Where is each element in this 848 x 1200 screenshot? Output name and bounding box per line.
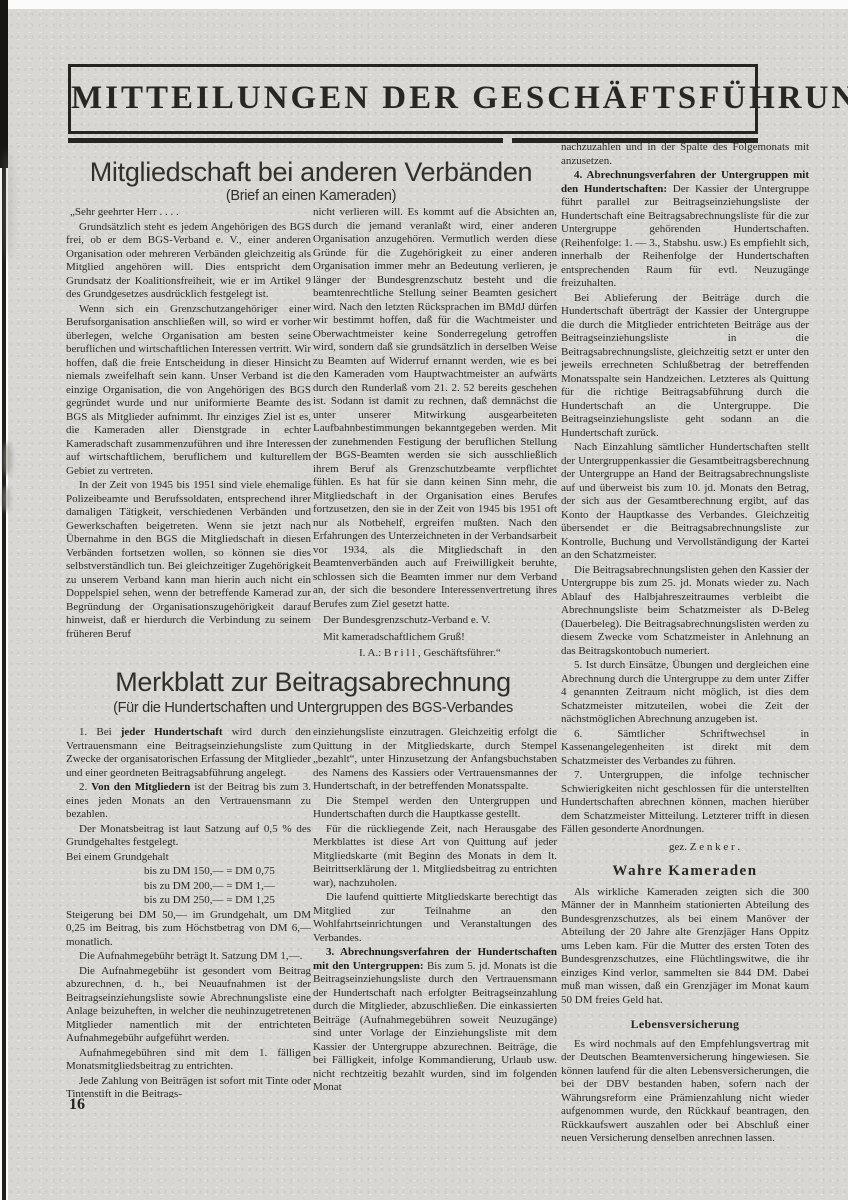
paragraph: In der Zeit von 1945 bis 1951 sind viele… xyxy=(66,479,311,641)
paragraph: bis zu DM 150,— = DM 0,75 xyxy=(66,865,311,879)
newsletter-header-title: MITTEILUNGEN DER GESCHÄFTSFÜHRUNG xyxy=(71,67,755,129)
paragraph: Steigerung bei DM 50,— im Grundgehalt, u… xyxy=(66,909,311,950)
right-column: nachzuzahlen und in der Spalte des Folge… xyxy=(561,141,809,1149)
paragraph: nachzuzahlen und in der Spalte des Folge… xyxy=(561,141,809,168)
article2-column-1: 1. Bei jeder Hundertschaft wird durch de… xyxy=(66,726,311,1098)
paragraph: bis zu DM 200,— = DM 1,— xyxy=(66,880,311,894)
section-heading: Wahre Kameraden xyxy=(561,865,809,879)
paragraph: bis zu DM 250,— = DM 1,25 xyxy=(66,894,311,908)
paragraph: Jede Zahlung von Beiträgen ist sofort mi… xyxy=(66,1075,311,1099)
paragraph: Nach Einzahlung sämtlicher Hundertschaft… xyxy=(561,441,809,563)
paragraph: 3. Abrechnungsverfahren der Hundertschaf… xyxy=(313,946,557,1095)
paragraph: Der Monatsbeitrag ist laut Satzung auf 0… xyxy=(66,823,311,850)
paragraph: Bei einem Grundgehalt xyxy=(66,851,311,865)
paragraph: Die Beitragsabrechnungslisten gehen den … xyxy=(561,564,809,659)
paragraph: 6. Sämtlicher Schriftwechsel in Kassenan… xyxy=(561,728,809,769)
paragraph: 5. Ist durch Einsätze, Übungen und dergl… xyxy=(561,659,809,727)
article2-column-2: einziehungsliste einzutragen. Gleichzeit… xyxy=(313,726,557,1098)
banner-rule-left xyxy=(68,138,503,143)
paragraph: 1. Bei jeder Hundertschaft wird durch de… xyxy=(66,726,311,780)
paragraph: Die laufend quittierte Mitgliedskarte be… xyxy=(313,891,557,945)
article1-subtitle: (Brief an einen Kameraden) xyxy=(66,188,556,204)
paragraph: Die Aufnahmegebühr ist gesondert vom Bei… xyxy=(66,965,311,1046)
paragraph: 7. Untergruppen, die infolge technischer… xyxy=(561,769,809,837)
paragraph: Für die rückliegende Zeit, nach Herausga… xyxy=(313,823,557,891)
paragraph: einziehungsliste einzutragen. Gleichzeit… xyxy=(313,726,557,794)
paragraph: gez. Z e n k e r . xyxy=(561,841,809,855)
scan-smudge xyxy=(3,442,12,476)
paragraph: Wenn sich ein Grenzschutzangehöriger ein… xyxy=(66,303,311,479)
paragraph: Die Stempel werden den Untergruppen und … xyxy=(313,795,557,822)
paragraph: Es wird nochmals auf den Empfehlungsvert… xyxy=(561,1038,809,1146)
paragraph: nicht verlieren will. Es kommt auf die A… xyxy=(313,206,557,611)
paragraph: Die Aufnahmegebühr beträgt lt. Satzung D… xyxy=(66,950,311,964)
scan-smudge xyxy=(2,486,10,512)
scanned-newsletter-page: { "page": { "number": "16" }, "banner": … xyxy=(0,0,848,1200)
article2-title: Merkblatt zur Beitragsabrechnung xyxy=(66,667,560,698)
paragraph: Grundsätzlich steht es jedem Angehörigen… xyxy=(66,221,311,302)
paragraph: Aufnahmegebühren sind mit dem 1. fällige… xyxy=(66,1047,311,1074)
article1-column-1: „Sehr geehrter Herr . . . .Grundsätzlich… xyxy=(66,206,311,668)
scan-smudge xyxy=(2,150,13,260)
page-number: 16 xyxy=(69,1096,85,1114)
article1-column-2: nicht verlieren will. Es kommt auf die A… xyxy=(313,206,557,668)
paragraph: I. A.: B r i l l , Geschäftsführer.“ xyxy=(313,647,557,661)
section-heading: Lebensversicherung xyxy=(561,1018,809,1032)
paragraph: 4. Abrechnungsverfahren der Untergruppen… xyxy=(561,169,809,291)
paragraph: Der Bundesgrenzschutz-Verband e. V. xyxy=(313,614,557,628)
paragraph: Mit kameradschaftlichem Gruß! xyxy=(313,631,557,645)
paragraph: Bei Ablieferung der Beiträge durch die H… xyxy=(561,292,809,441)
article1-title: Mitgliedschaft bei anderen Verbänden xyxy=(66,157,556,188)
paragraph: „Sehr geehrter Herr . . . . xyxy=(66,206,311,220)
binding-edge-top-mark xyxy=(0,0,8,168)
paper-background: MITTEILUNGEN DER GESCHÄFTSFÜHRUNG Mitgli… xyxy=(8,9,848,1200)
header-banner-box: MITTEILUNGEN DER GESCHÄFTSFÜHRUNG xyxy=(68,64,758,134)
article2-subtitle: (Für die Hundertschaften und Untergruppe… xyxy=(66,700,560,716)
paragraph: Als wirkliche Kameraden zeigten sich die… xyxy=(561,886,809,1008)
paragraph: 2. Von den Mitgliedern ist der Beitrag b… xyxy=(66,781,311,822)
